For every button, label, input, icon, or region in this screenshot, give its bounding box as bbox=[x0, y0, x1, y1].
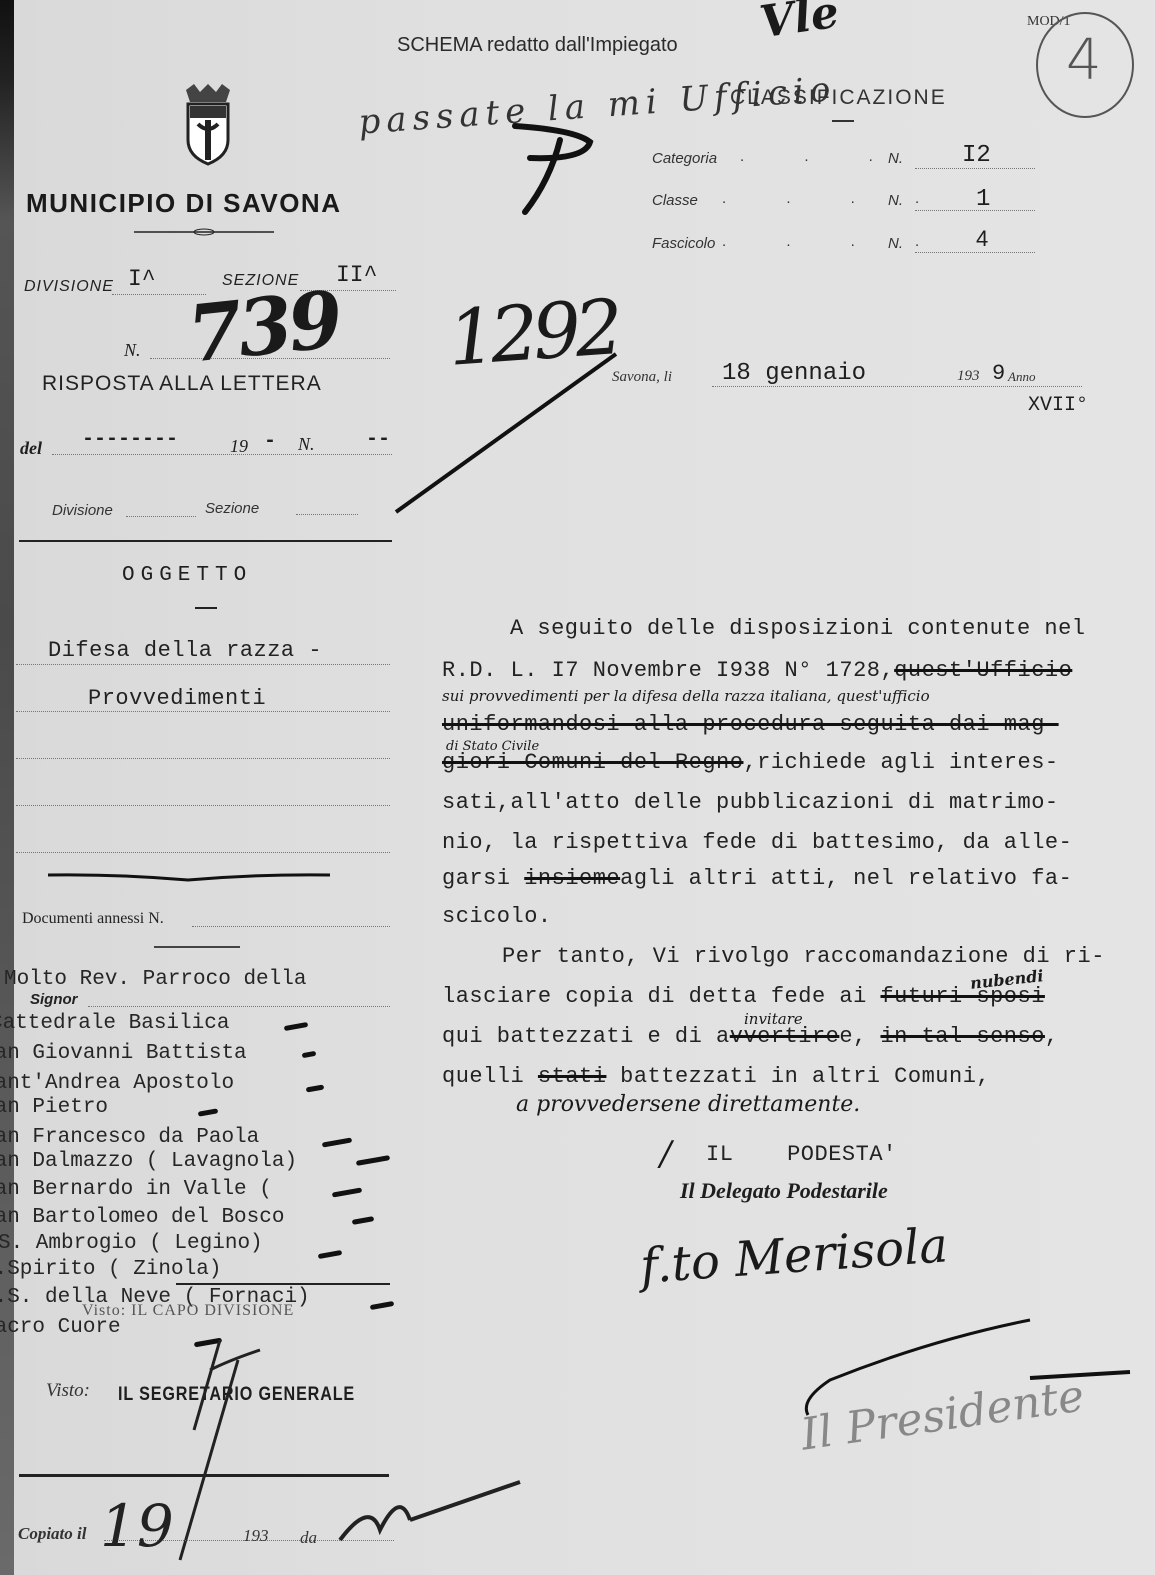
sub-divisione-label: Divisione bbox=[52, 502, 113, 519]
body-line: scicolo. bbox=[442, 904, 552, 929]
n-label: N. bbox=[124, 340, 141, 361]
recipient-dots bbox=[88, 1006, 390, 1007]
circled-number: 4 bbox=[1036, 12, 1134, 118]
body-text: , bbox=[1045, 1024, 1059, 1049]
struck-text: vvertire bbox=[730, 1024, 840, 1049]
classification-value-classe: 1 bbox=[976, 186, 990, 213]
year-prefix: 19 bbox=[230, 436, 248, 457]
section-rule bbox=[19, 540, 392, 542]
classification-value-categoria: I2 bbox=[962, 142, 991, 169]
bottom-rule bbox=[19, 1474, 389, 1477]
subject-dots-3 bbox=[16, 758, 390, 759]
attachments-label: Documenti annessi N. bbox=[22, 910, 164, 928]
classification-label-classe: Classe bbox=[652, 192, 698, 209]
recipient-line: San Francesco da Paola bbox=[0, 1126, 259, 1149]
recipient-line: Molto Rev. Parroco della bbox=[4, 968, 306, 991]
body-text: garsi bbox=[442, 866, 511, 891]
handwritten-line: a provvedersene direttamente. bbox=[516, 1092, 860, 1117]
date-value: 18 gennaio bbox=[722, 360, 866, 387]
del-dots bbox=[52, 454, 392, 455]
schema-label: SCHEMA redatto dall'Impiegato bbox=[397, 34, 678, 57]
attachments-dots bbox=[192, 926, 390, 927]
recipient-line: San Bartolomeo del Bosco bbox=[0, 1206, 284, 1229]
body-line: sati,all'atto delle pubblicazioni di mat… bbox=[442, 790, 1059, 815]
del-n-label: N. bbox=[298, 434, 315, 455]
ornament-divider bbox=[48, 872, 330, 882]
subject-dots-2 bbox=[16, 711, 390, 712]
body-text: qui battezzati e di a bbox=[442, 1024, 730, 1049]
body-text: ,richiede agli interes- bbox=[743, 750, 1058, 775]
recipient-line: San Giovanni Battista bbox=[0, 1042, 247, 1065]
struck-text: futuri sposi bbox=[880, 984, 1044, 1009]
classe-dots bbox=[915, 210, 1035, 211]
struck-text: insieme bbox=[524, 866, 620, 891]
n-label: N. bbox=[888, 150, 903, 167]
subject-underline bbox=[195, 607, 217, 609]
leader-dots: . . . bbox=[740, 148, 901, 165]
place-label: Savona, li bbox=[612, 369, 672, 386]
struck-text: quest'Ufficio bbox=[894, 658, 1072, 683]
year-prefix: 193 bbox=[957, 368, 980, 385]
sezione-value: II^ bbox=[336, 262, 377, 288]
fascicolo-dots bbox=[915, 252, 1035, 253]
handwritten-copiato-initials bbox=[330, 1480, 530, 1550]
body-text: lasciare copia di detta fede ai bbox=[442, 984, 867, 1009]
anno-label: Anno bbox=[1008, 369, 1035, 385]
body-line: R.D. L. I7 Novembre I938 N° 1728,quest'U… bbox=[442, 658, 1072, 683]
recipient-line: San Bernardo in Valle ( bbox=[0, 1178, 272, 1201]
subject-dots-4 bbox=[16, 805, 390, 806]
delegate-title: Il Delegato Podestarile bbox=[680, 1178, 888, 1204]
recipient-line: S.Spirito ( Zinola) bbox=[0, 1258, 221, 1281]
coat-of-arms-icon bbox=[180, 84, 236, 164]
recipient-line: San Dalmazzo ( Lavagnola) bbox=[0, 1150, 297, 1173]
subject-title: OGGETTO bbox=[122, 564, 252, 587]
signature-title: IL PODESTA' bbox=[706, 1142, 897, 1167]
n-label: N. bbox=[888, 235, 903, 252]
copiato-da-label: da bbox=[300, 1528, 317, 1548]
n-label: N. bbox=[888, 192, 903, 209]
body-line: quelli stati battezzati in altri Comuni, bbox=[442, 1064, 990, 1089]
copiato-label: Copiato il bbox=[18, 1524, 86, 1544]
ornament-divider bbox=[134, 229, 274, 233]
per-mark: / bbox=[660, 1134, 671, 1174]
body-line: garsi insiemeagli altri atti, nel relati… bbox=[442, 866, 1072, 891]
body-line: nio, la rispettiva fede di battesimo, da… bbox=[442, 830, 1072, 855]
struck-text: stati bbox=[538, 1064, 607, 1089]
year-dash: - bbox=[264, 430, 276, 453]
signor-label: Signor bbox=[30, 991, 78, 1008]
year-digit: 9 bbox=[992, 361, 1005, 386]
classification-label-categoria: Categoria bbox=[652, 150, 717, 167]
sub-divisione-dots bbox=[126, 516, 196, 517]
body-line: qui battezzati e di avvertiree, in tal s… bbox=[442, 1024, 1059, 1049]
subject-dots-1 bbox=[16, 664, 390, 665]
struck-line: uniformandosi alla procedura seguita dai… bbox=[442, 712, 1059, 737]
circled-number-value: 4 bbox=[1066, 28, 1102, 93]
body-text: R.D. L. I7 Novembre I938 N° 1728, bbox=[442, 658, 894, 683]
divisione-label: DIVISIONE bbox=[24, 278, 114, 296]
subject-line-1: Difesa della razza - bbox=[48, 638, 322, 663]
struck-text: giori Comuni del Regno bbox=[442, 750, 743, 775]
classification-label-fascicolo: Fascicolo bbox=[652, 235, 715, 252]
body-text: agli altri atti, nel relativo fa- bbox=[620, 866, 1072, 891]
sub-sezione-dots bbox=[296, 514, 358, 515]
subject-line-2: Provvedimenti bbox=[88, 686, 266, 711]
body-text: battezzati in altri Comuni, bbox=[620, 1064, 990, 1089]
sub-sezione-label: Sezione bbox=[205, 500, 259, 517]
del-label: del bbox=[20, 438, 42, 459]
recipient-line: Sacro Cuore bbox=[0, 1316, 121, 1339]
reply-title: RISPOSTA ALLA LETTERA bbox=[42, 372, 322, 396]
body-text: quelli bbox=[442, 1064, 524, 1089]
body-line: Per tanto, Vi rivolgo raccomandazione di… bbox=[502, 944, 1105, 969]
body-line: lasciare copia di detta fede ai futuri s… bbox=[442, 984, 1045, 1009]
handwritten-insertion: sui provvedimenti per la difesa della ra… bbox=[442, 687, 930, 705]
protocol-number-handwritten: 739 bbox=[184, 274, 344, 380]
recipient-rule bbox=[176, 1283, 390, 1285]
visto-label: Visto: bbox=[46, 1380, 90, 1402]
body-text: e, bbox=[839, 1024, 866, 1049]
handwritten-mark-p bbox=[505, 120, 595, 220]
classification-title: CLASSIFICAZIONE bbox=[730, 86, 947, 110]
recipient-line: Sant'Andrea Apostolo bbox=[0, 1072, 234, 1095]
leader-dots: . . . . bbox=[722, 233, 947, 250]
divisione-value: I^ bbox=[128, 266, 156, 292]
municipality-title: MUNICIPIO DI SAVONA bbox=[26, 188, 341, 219]
leader-dots: . . . . bbox=[722, 190, 947, 207]
recipient-line: S. Ambrogio ( Legino) bbox=[0, 1232, 263, 1255]
attachments-underline bbox=[154, 946, 240, 948]
del-value: -------- bbox=[82, 428, 178, 451]
copiato-day-handwritten: 19 bbox=[100, 1492, 174, 1560]
body-line: A seguito delle disposizioni contenute n… bbox=[510, 616, 1086, 641]
era-value: XVII° bbox=[1028, 394, 1088, 417]
classification-underline bbox=[832, 120, 854, 122]
subject-dots-5 bbox=[16, 852, 390, 853]
handwritten-slash bbox=[392, 350, 622, 520]
recipient-line: Cattedrale Basilica bbox=[0, 1012, 229, 1035]
struck-text: in tal senso bbox=[880, 1024, 1044, 1049]
copiato-year-prefix: 193 bbox=[243, 1526, 269, 1546]
body-line: giori Comuni del Regno,richiede agli int… bbox=[442, 750, 1059, 775]
del-n-value: -- bbox=[366, 428, 390, 451]
recipient-line: San Pietro bbox=[0, 1096, 108, 1119]
classification-value-fascicolo: 4 bbox=[976, 226, 988, 252]
